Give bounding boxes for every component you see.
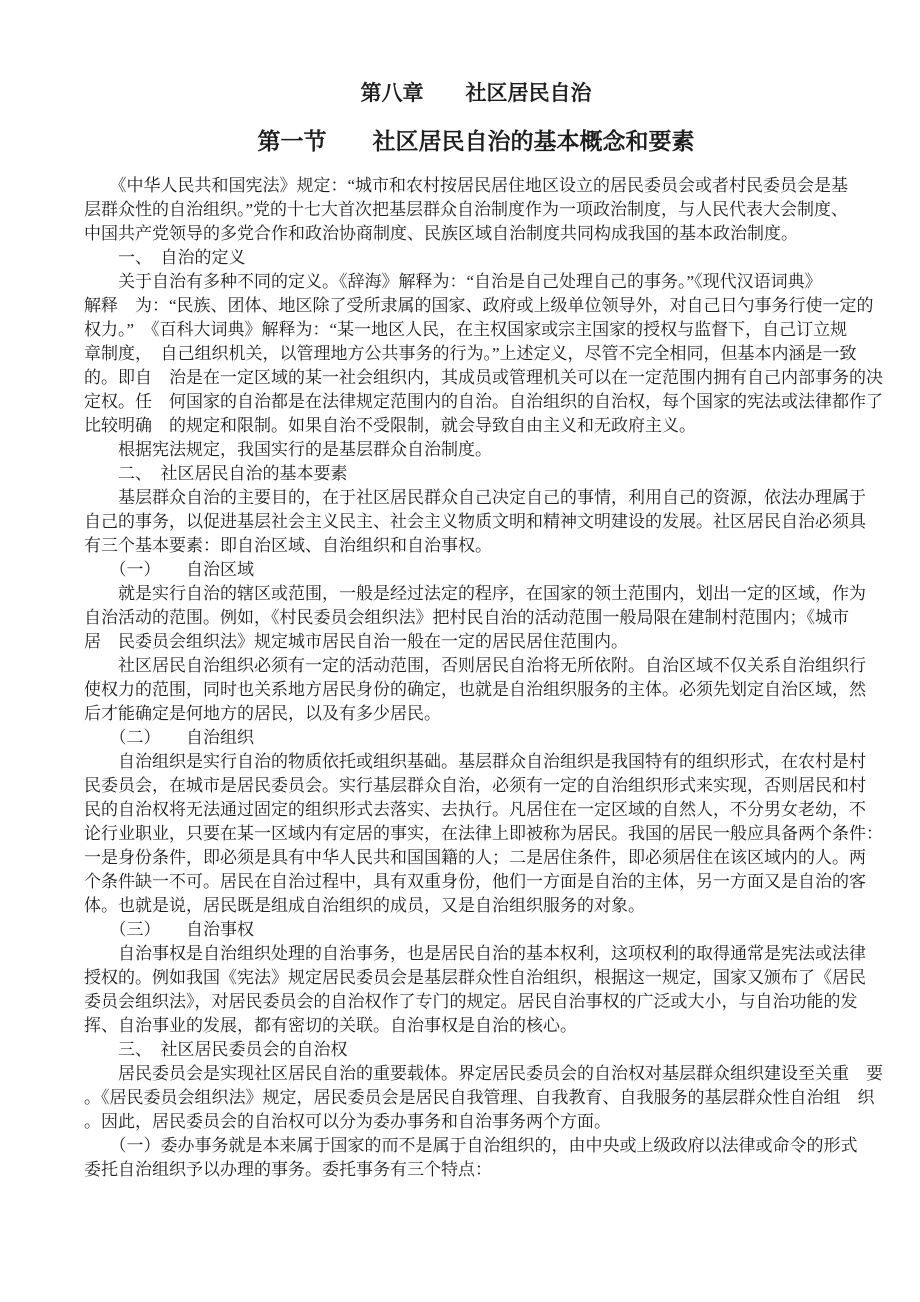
heading-3-committee-autonomy: 三、 社区居民委员会的自治权 [84, 1038, 868, 1062]
chapter-title: 第八章 社区居民自治 [84, 81, 868, 105]
heading-1-autonomy-definition: 一、 自治的定义 [84, 246, 868, 270]
para-organization-details: 自治组织是实行自治的物质依托或组织基础。基层群众自治组织是我国特有的组织形式，在… [84, 750, 868, 918]
section-title: 第一节 社区居民自治的基本概念和要素 [84, 129, 868, 155]
para-constitution-basis: 《中华人民共和国宪法》规定：“城市和农村按居民居住地区设立的居民委员会或者村民委… [84, 174, 868, 246]
para-grassroots-system: 根据宪法规定，我国实行的是基层群众自治制度。 [84, 438, 868, 462]
page-content: 第八章 社区居民自治 第一节 社区居民自治的基本概念和要素 《中华人民共和国宪法… [0, 0, 920, 1182]
heading-2-2-autonomy-organization: （二） 自治组织 [84, 726, 868, 750]
heading-2-3-autonomy-powers: （三） 自治事权 [84, 918, 868, 942]
para-autonomy-definitions: 关于自治有多种不同的定义。《辞海》解释为：“自治是自己处理自己的事务。”《现代汉… [84, 270, 868, 438]
para-region-necessity: 社区居民自治组织必须有一定的活动范围，否则居民自治将无所依附。自治区域不仅关系自… [84, 654, 868, 726]
para-region-definition: 就是实行自治的辖区或范围，一般是经过法定的程序，在国家的领土范围内，划出一定的区… [84, 582, 868, 654]
para-powers-details: 自治事权是自治组织处理的自治事务，也是居民自治的基本权利，这项权利的取得通常是宪… [84, 942, 868, 1038]
heading-2-1-autonomy-region: （一） 自治区域 [84, 558, 868, 582]
para-committee-carrier: 居民委员会是实现社区居民自治的重要载体。界定居民委员会的自治权对基层群众组织建设… [84, 1062, 868, 1134]
heading-2-basic-elements: 二、 社区居民自治的基本要素 [84, 462, 868, 486]
document-body: 《中华人民共和国宪法》规定：“城市和农村按居民居住地区设立的居民委员会或者村民委… [84, 174, 868, 1182]
para-entrusted-affairs: （一）委办事务就是本来属于国家的而不是属于自治组织的，由中央或上级政府以法律或命… [84, 1134, 868, 1182]
para-elements-intro: 基层群众自治的主要目的，在于社区居民群众自己决定自己的事情，利用自己的资源，依法… [84, 486, 868, 558]
document-page: 第八章 社区居民自治 第一节 社区居民自治的基本概念和要素 《中华人民共和国宪法… [0, 0, 920, 1302]
